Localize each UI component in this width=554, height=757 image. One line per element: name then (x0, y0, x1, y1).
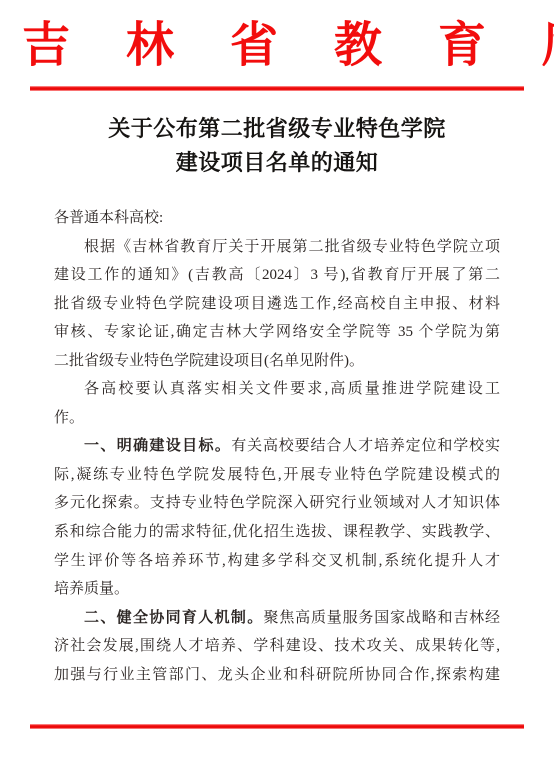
body-line-text: 聚焦高质量服务国家战略和吉林经 (264, 610, 500, 626)
section2-heading: 二、健全协同育人机制。 (84, 609, 264, 626)
body-line: 批省级专业特色学院建设项目遴选工作,经高校自主申报、材料 (54, 290, 500, 319)
document-title-line1: 关于公布第二批省级专业特色学院 (0, 112, 554, 146)
salutation-line: 各普通本科高校: (54, 204, 500, 233)
section1-heading-line: 一、明确建设目标。有关高校要结合人才培养定位和学校实 (54, 432, 500, 461)
body-line: 根据《吉林省教育厅关于开展第二批省级专业特色学院立项 (54, 233, 500, 262)
body-line-text: 有关高校要结合人才培养定位和学校实 (231, 438, 500, 454)
body-line: 培养质量。 (54, 575, 500, 604)
body-line: 作。 (54, 404, 500, 433)
document-page: 吉 林 省 教 育 厅 关于公布第二批省级专业特色学院 建设项目名单的通知 各普… (0, 0, 554, 757)
section1-heading: 一、明确建设目标。 (84, 437, 231, 454)
section2-heading-line: 二、健全协同育人机制。聚焦高质量服务国家战略和吉林经 (54, 604, 500, 633)
body-line: 审核、专家论证,确定吉林大学网络安全学院等 35 个学院为第 (54, 318, 500, 347)
body-line: 际,凝练专业特色学院发展特色,开展专业特色学院建设模式的 (54, 461, 500, 490)
body-line: 济社会发展,围绕人才培养、学科建设、技术攻关、成果转化等, (54, 632, 500, 661)
document-title-line2: 建设项目名单的通知 (0, 146, 554, 180)
footer-divider-line (30, 724, 524, 729)
body-line: 学生评价等各培养环节,构建多学科交叉机制,系统化提升人才 (54, 547, 500, 576)
document-title: 关于公布第二批省级专业特色学院 建设项目名单的通知 (0, 112, 554, 180)
body-line: 建设工作的通知》(吉教高〔2024〕3 号),省教育厅开展了第二 (54, 261, 500, 290)
letterhead-divider-line (30, 86, 524, 91)
body-line: 二批省级专业特色学院建设项目(名单见附件)。 (54, 347, 500, 376)
body-line: 系和综合能力的需求特征,优化招生选拔、课程教学、实践教学、 (54, 518, 500, 547)
document-body: 各普通本科高校: 根据《吉林省教育厅关于开展第二批省级专业特色学院立项 建设工作… (54, 204, 500, 689)
body-line: 多元化探索。支持专业特色学院深入研究行业领域对人才知识体 (54, 489, 500, 518)
body-line: 各高校要认真落实相关文件要求,高质量推进学院建设工 (54, 375, 500, 404)
body-line: 加强与行业主管部门、龙头企业和科研院所协同合作,探索构建 (54, 661, 500, 690)
letterhead-agency-title: 吉 林 省 教 育 厅 (0, 12, 554, 80)
